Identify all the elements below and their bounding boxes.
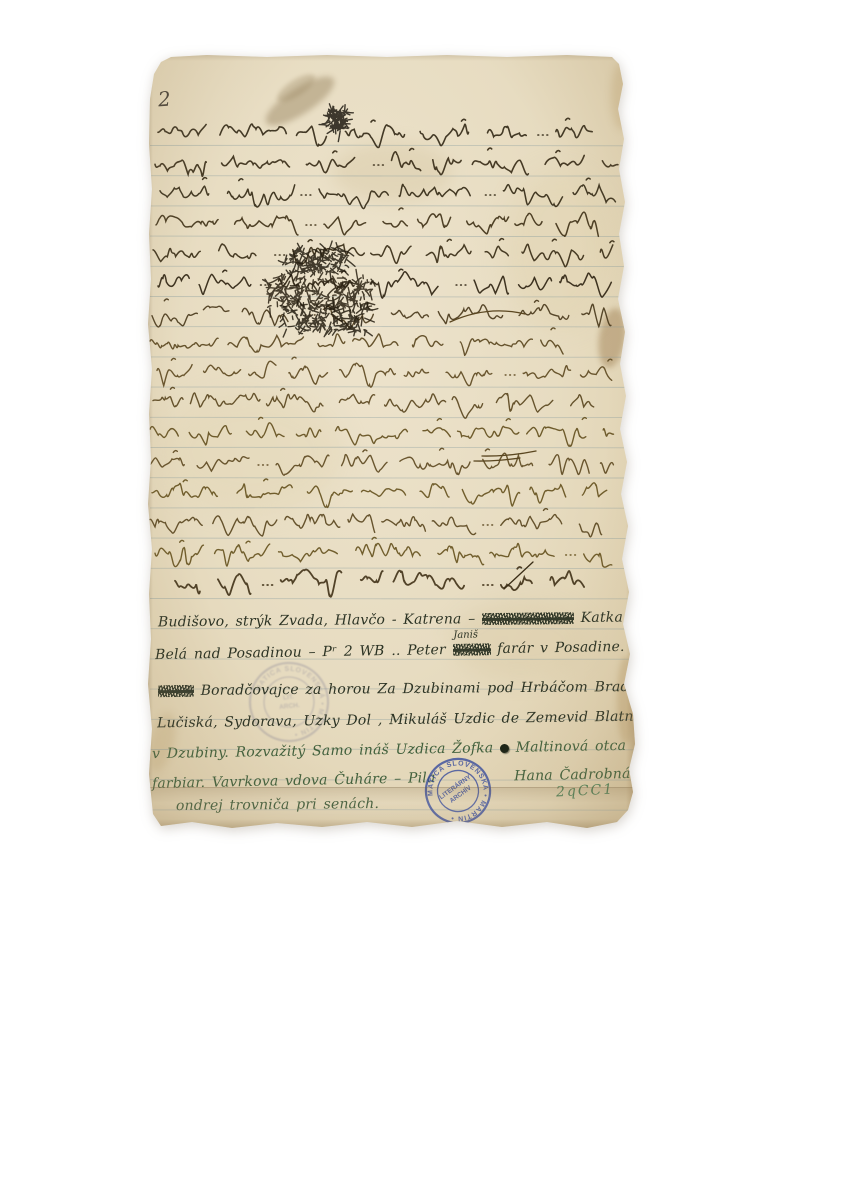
shorthand-row	[152, 299, 611, 328]
ruled-line	[150, 387, 636, 388]
handwriting-text: ondrej trovniča pri senách.	[176, 796, 379, 814]
shorthand-row	[153, 239, 614, 267]
shorthand-row	[158, 269, 611, 298]
shorthand-row	[157, 357, 612, 387]
scribbled-out-word: Janiš	[452, 641, 490, 658]
shorthand-row	[150, 417, 614, 446]
handwriting-text: Katka	[574, 610, 623, 627]
manuscript-page: MATICA SLOVENSKÁ • MARTIN •LIT.ARCH. Bud…	[147, 54, 637, 829]
paper-shadow-wrap: MATICA SLOVENSKÁ • MARTIN •LIT.ARCH. Bud…	[0, 0, 849, 1200]
ruled-line	[150, 326, 636, 327]
ruled-line	[150, 568, 636, 569]
archive-code: 2qCC1	[556, 781, 615, 800]
shorthand-row	[160, 178, 615, 209]
scribbled-out-word	[158, 683, 194, 699]
page-number: 2	[157, 87, 171, 112]
handwriting-text: farár v Posadine.	[490, 639, 624, 657]
ink-mark	[474, 458, 520, 461]
ink-scribble-blob	[263, 270, 375, 318]
stamp-graphic: MATICA SLOVENSKÁ • MARTIN •LITERÁRNYARCH…	[388, 721, 528, 861]
shorthand-row	[158, 118, 592, 147]
ruled-line	[150, 447, 636, 448]
handwriting-text: Budišovo, strýk Zvada, Hlavčo - Katrena …	[158, 611, 482, 630]
shorthand-row	[155, 537, 612, 567]
scribbled-out-word	[482, 610, 574, 627]
ruled-line	[150, 145, 636, 146]
scribble-strikeout	[452, 643, 490, 656]
ruled-line	[150, 266, 636, 267]
handwriting-line: ondrej trovniča pri senách.	[176, 796, 379, 814]
shorthand-row	[150, 509, 602, 537]
shorthand-row	[155, 148, 618, 176]
shorthand-row	[152, 479, 607, 508]
ruled-line	[150, 206, 636, 207]
inserted-word-above: Janiš	[453, 629, 478, 640]
scanned-document-stage: MATICA SLOVENSKÁ • MARTIN •LIT.ARCH. Bud…	[0, 0, 849, 1200]
scribble-strikeout	[482, 612, 574, 625]
shorthand-row	[153, 387, 594, 418]
ink-mark	[482, 451, 536, 456]
ruled-line	[150, 508, 636, 509]
stamp-center-text: ARCH.	[279, 702, 300, 711]
shorthand-row	[148, 448, 613, 475]
shorthand-row	[156, 208, 598, 236]
scribble-strikeout	[158, 685, 194, 697]
